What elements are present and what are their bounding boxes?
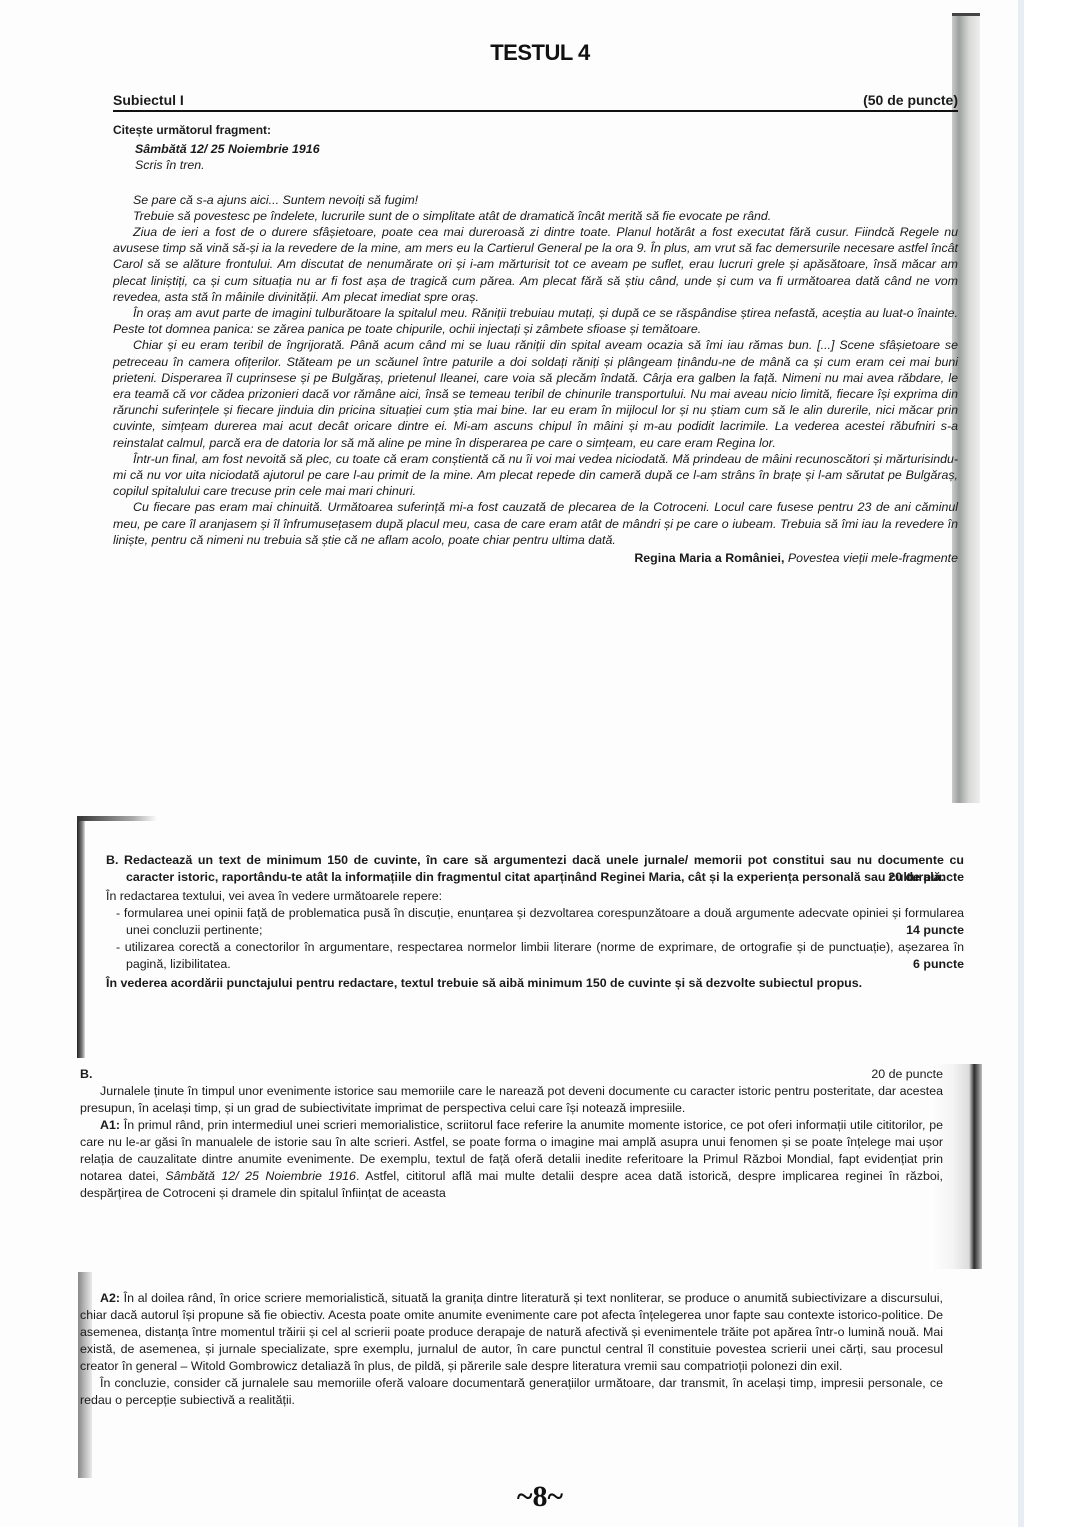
conclusion: În concluzie, consider că jurnalele sau … <box>80 1375 943 1409</box>
argument-2-label: A2: <box>100 1291 120 1305</box>
page-title: TESTUL 4 <box>0 40 1080 66</box>
task-b-note: În vederea acordării punctajului pentru … <box>106 975 964 992</box>
section-points: (50 de puncte) <box>863 92 958 108</box>
fragment-paragraph: Chiar și eu eram teribil de îngrijorată.… <box>113 337 958 450</box>
fragment-paragraph: Se pare că s-a ajuns aici... Suntem nevo… <box>113 192 958 208</box>
answer-label: B. <box>80 1066 92 1083</box>
fragment-paragraph: Cu fiecare pas eram mai chinuită. Următo… <box>113 499 958 548</box>
scan-edge-shadow <box>77 816 85 1058</box>
argument-1-label: A1: <box>100 1118 120 1132</box>
answer-intro: Jurnalele ținute în timpul unor evenimen… <box>80 1083 943 1117</box>
task-b: B. Redactează un text de minimum 150 de … <box>106 852 964 992</box>
fragment-source: Regina Maria a României, Povestea vieții… <box>113 550 958 566</box>
diary-date: Sâmbătă 12/ 25 Noiembrie 1916 <box>135 141 958 157</box>
answer-b-continued: A2: În al doilea rând, în orice scriere … <box>80 1290 943 1409</box>
task-b-prompt-text: B. Redactează un text de minimum 150 de … <box>106 853 964 884</box>
argument-1: A1: În primul rând, prin intermediul une… <box>80 1117 943 1202</box>
argument-1-date: Sâmbătă 12/ 25 Noiembrie 1916 <box>165 1169 356 1183</box>
section-title: Subiectul I <box>113 92 184 108</box>
section-header: Subiectul I (50 de puncte) <box>113 92 958 112</box>
diary-place: Scris în tren. <box>135 157 958 173</box>
answer-points: 20 de puncte <box>871 1066 943 1083</box>
criteria-intro: În redactarea textului, vei avea în vede… <box>106 888 964 905</box>
page-number: ~8~ <box>0 1480 1080 1514</box>
answer-b: B. 20 de puncte Jurnalele ținute în timp… <box>80 1066 943 1202</box>
fragment-paragraph: Ziua de ieri a fost de o durere sfâșieto… <box>113 224 958 305</box>
criterion-2-points: 6 puncte <box>106 956 964 973</box>
argument-2-text: În al doilea rând, în orice scriere memo… <box>80 1291 943 1373</box>
page-edge-strip <box>1018 0 1024 1527</box>
source-title: Povestea vieții mele-fragmente <box>788 551 958 565</box>
reading-fragment: Citește următorul fragment: Sâmbătă 12/ … <box>113 122 958 566</box>
fragment-paragraph: Trebuie să povestesc pe îndelete, lucrur… <box>113 208 958 224</box>
instruction: Citește următorul fragment: <box>113 122 958 138</box>
fragment-paragraph: Într-un final, am fost nevoită să plec, … <box>113 451 958 500</box>
argument-2: A2: În al doilea rând, în orice scriere … <box>80 1290 943 1375</box>
source-author: Regina Maria a României, <box>634 551 788 565</box>
task-b-prompt: B. Redactează un text de minimum 150 de … <box>106 852 964 886</box>
fragment-paragraph: În oraș am avut parte de imagini tulbură… <box>113 305 958 337</box>
